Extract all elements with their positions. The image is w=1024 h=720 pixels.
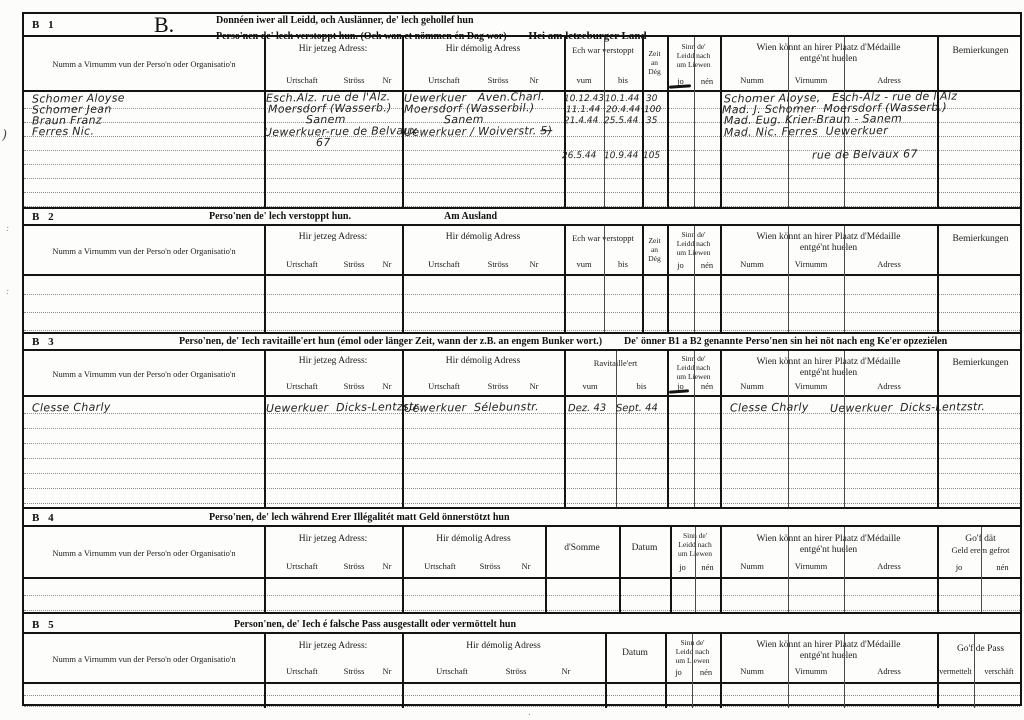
section-b2: B 2 Perso'nen de' lech verstoppt hun. Am… <box>24 207 1020 332</box>
section-title-2: Am Ausland <box>444 211 497 222</box>
column-divider <box>788 226 789 332</box>
sub-vum: vum <box>564 381 616 391</box>
col-name-label: Numm a Virnumm vun der Perso'n oder Orga… <box>24 654 264 664</box>
column-divider <box>402 37 404 207</box>
dotted-row <box>24 414 1020 429</box>
section-b4: B 4 Perso'nen, de' lech während Erer Ill… <box>24 507 1020 612</box>
sub-numm: Numm <box>724 381 780 391</box>
col-wien-label: entgé'nt huelen <box>720 368 937 378</box>
sub-adress: Adress <box>854 561 924 571</box>
section-b2-header: Numm a Virnumm vun der Perso'n oder Orga… <box>24 226 1020 276</box>
column-divider <box>788 634 789 708</box>
sub-nen: nén <box>694 260 720 270</box>
margin-speck: . <box>528 708 531 718</box>
col-wien-label: Wien könnt an hirer Plaatz d'Médaille <box>720 640 937 650</box>
col-wien-label: entgé'nt huelen <box>720 54 937 64</box>
section-id: B 3 <box>32 336 57 348</box>
col-verstoppt-label: Ech war verstoppt <box>564 45 642 55</box>
hw-crossed-out: 5) <box>540 124 552 137</box>
sub-urtschaft: Urtschaft <box>416 75 472 85</box>
column-divider <box>844 351 845 507</box>
column-divider <box>402 634 404 708</box>
column-divider <box>642 226 644 332</box>
dotted-row <box>24 459 1020 474</box>
column-divider <box>694 226 695 332</box>
sub-stross: Ströss <box>476 75 520 85</box>
column-divider <box>692 634 693 708</box>
dotted-row <box>24 313 1020 331</box>
hw-vum: 26.5.44 <box>562 151 596 161</box>
column-divider <box>844 527 845 612</box>
column-divider <box>974 634 975 708</box>
sub-nr: Nr <box>514 561 538 571</box>
section-b3-titlebar: B 3 Perso'nen, de' Iech ravitaille'ert h… <box>24 332 1020 351</box>
hw-jetzeg-number: 67 <box>316 136 331 149</box>
section-b5-header: Numm a Virnumm vun der Perso'n oder Orga… <box>24 634 1020 684</box>
section-title: Perso'nen, de' lech während Erer Illégal… <box>209 512 510 523</box>
column-divider <box>844 634 845 708</box>
section-b3-body: Numm a Virnumm vun der Perso'n oder Orga… <box>24 351 1020 507</box>
col-jetzeg-label: Hir jetzeg Adress: <box>264 232 402 242</box>
column-divider <box>720 634 722 708</box>
sub-urtschaft: Urtschaft <box>274 561 330 571</box>
col-zeit-label: an <box>642 245 667 254</box>
column-divider <box>605 634 607 708</box>
dotted-row <box>24 596 1020 611</box>
col-wien-label: Wien könnt an hirer Plaatz d'Médaille <box>720 232 937 242</box>
sub-nr: Nr <box>522 381 546 391</box>
dotted-row <box>24 579 1020 596</box>
col-name-label: Numm a Virnumm vun der Perso'n oder Orga… <box>24 548 264 558</box>
pen-underline-jo <box>669 389 689 393</box>
sub-urtschaft: Urtschaft <box>274 259 330 269</box>
section-b5-rows <box>24 684 1020 708</box>
sub-nr: Nr <box>522 259 546 269</box>
sub-vum: vum <box>564 75 604 85</box>
column-divider <box>788 351 789 507</box>
sub-urtschaft: Urtschaft <box>274 666 330 676</box>
dotted-row <box>24 429 1020 444</box>
sub-bis: bis <box>604 259 642 269</box>
hw-bis: 10.1.44 <box>605 94 639 104</box>
hw-demolig: Uewerkuer Sélebunstr. <box>404 400 539 415</box>
hw-vum: 21.4.44 <box>564 116 598 126</box>
sub-virnumm: Virnumm <box>782 561 840 571</box>
col-dsomme-label: d'Somme <box>545 543 619 553</box>
section-title-line1: Donnéen iwer all Leidd, och Auslänner, d… <box>216 15 647 26</box>
sub-urtschaft: Urtschaft <box>416 259 472 269</box>
col-bemierkungen-label: Bemierkungen <box>937 46 1024 56</box>
form-table: B 1 B. Donnéen iwer all Leidd, och Auslä… <box>22 12 1022 706</box>
sub-stross: Ströss <box>476 259 520 269</box>
column-divider <box>402 527 404 612</box>
column-divider <box>694 37 695 207</box>
column-divider <box>981 527 982 612</box>
sub-stross: Ströss <box>332 561 376 571</box>
column-divider <box>720 527 722 612</box>
hw-name: Ferres Nic. <box>32 125 94 139</box>
column-divider <box>402 351 404 507</box>
section-b3-header: Numm a Virnumm vun der Perso'n oder Orga… <box>24 351 1020 397</box>
dotted-row <box>24 295 1020 313</box>
col-wien-label: entgé'nt huelen <box>720 651 937 661</box>
sub-nen: nén <box>694 76 720 86</box>
sub-nr: Nr <box>522 75 546 85</box>
hw-zeit: 100 <box>644 105 661 115</box>
sub-virnumm: Virnumm <box>782 666 840 676</box>
column-divider <box>937 634 939 708</box>
sub-nen: nén <box>692 667 720 677</box>
sub-jo: jo <box>937 562 981 572</box>
column-divider <box>667 351 669 507</box>
section-b5-titlebar: B 5 Person'nen, de' Iech é falsche Pass … <box>24 612 1020 634</box>
dotted-row <box>24 489 1020 504</box>
column-divider <box>788 527 789 612</box>
hw-jetzeg: Uewerkuer Dicks-Lentzstr. <box>266 400 421 415</box>
col-jetzeg-label: Hir jetzeg Adress: <box>264 44 402 54</box>
column-divider <box>720 37 722 207</box>
col-jetzeg-label: Hir jetzeg Adress: <box>264 534 402 544</box>
section-b4-header: Numm a Virnumm vun der Perso'n oder Orga… <box>24 527 1020 579</box>
col-zeit-label: Zeit <box>642 236 667 245</box>
sub-jo: jo <box>670 562 695 572</box>
sub-verschaft: verschäft <box>974 667 1024 676</box>
sub-nr: Nr <box>554 666 578 676</box>
col-demolig-label: Hir démolig Adress <box>402 641 605 651</box>
sub-urtschaft: Urtschaft <box>274 75 330 85</box>
column-divider <box>695 527 696 612</box>
hw-bis: 10.9.44 <box>604 151 638 161</box>
sub-urtschaft: Urtschaft <box>412 561 468 571</box>
scanned-form-sheet: ) : : . B 1 B. Donnéen iwer all Leidd, o… <box>0 0 1024 720</box>
hw-zeit: 105 <box>643 151 660 161</box>
column-divider <box>937 527 939 612</box>
section-b5-body: Numm a Virnumm vun der Perso'n oder Orga… <box>24 634 1020 708</box>
column-divider <box>264 37 266 207</box>
col-demolig-label: Hir démolig Adress <box>402 232 564 242</box>
section-b2-titlebar: B 2 Perso'nen de' lech verstoppt hun. Am… <box>24 207 1020 226</box>
sub-virnumm: Virnumm <box>782 75 840 85</box>
sub-stross: Ströss <box>476 381 520 391</box>
col-gof-pass-label: Go'f de Pass <box>937 644 1024 654</box>
sub-virnumm: Virnumm <box>782 381 840 391</box>
sub-virnumm: Virnumm <box>782 259 840 269</box>
dotted-row <box>24 444 1020 459</box>
section-id: B 4 <box>32 512 57 524</box>
sub-stross: Ströss <box>494 666 538 676</box>
sub-numm: Numm <box>724 561 780 571</box>
column-divider <box>264 226 266 332</box>
col-jetzeg-label: Hir jetzeg Adress: <box>264 356 402 366</box>
section-b4-rows <box>24 579 1020 612</box>
col-zeit-label: Zeit <box>642 49 667 58</box>
sub-bis: bis <box>616 381 667 391</box>
col-bemierkungen-label: Bemierkungen <box>937 358 1024 368</box>
hw-bis: 20.4.44 <box>606 105 640 115</box>
sub-adress: Adress <box>854 381 924 391</box>
column-divider <box>844 226 845 332</box>
col-zeit-label: an <box>642 58 667 67</box>
column-divider <box>667 37 669 207</box>
col-bemierkungen-label: Bemierkungen <box>937 234 1024 244</box>
hw-wien-numm: Clesse Charly <box>730 401 809 415</box>
section-b1-titlebar: B 1 B. Donnéen iwer all Leidd, och Auslä… <box>24 14 1020 37</box>
col-zeit-label: Dég <box>642 67 667 76</box>
sub-urtschaft: Urtschaft <box>416 381 472 391</box>
column-divider <box>564 226 566 332</box>
column-divider <box>937 351 939 507</box>
section-b3: B 3 Perso'nen, de' Iech ravitaille'ert h… <box>24 332 1020 507</box>
hw-wien: rue de Belvaux 67 <box>812 147 918 161</box>
col-verstoppt-label: Ech war verstoppt <box>564 233 642 243</box>
dotted-row <box>24 193 1020 207</box>
sub-nr: Nr <box>376 561 398 571</box>
col-name-label: Numm a Virnumm vun der Perso'n oder Orga… <box>24 59 264 69</box>
hw-jetzeg: Uewerkuer-rue de Belvaux <box>264 124 418 139</box>
col-wien-label: Wien könnt an hirer Plaatz d'Médaille <box>720 43 937 53</box>
sub-nen: nén <box>981 562 1024 572</box>
margin-speck: : <box>6 224 9 234</box>
col-demolig-label: Hir démolig Adress <box>402 44 564 54</box>
section-title: Person'nen, de' Iech é falsche Pass ausg… <box>234 619 516 630</box>
sub-numm: Numm <box>724 666 780 676</box>
section-id: B 2 <box>32 211 57 223</box>
sub-stross: Ströss <box>332 381 376 391</box>
sub-urtschaft: Urtschaft <box>274 381 330 391</box>
sub-nen: nén <box>695 562 720 572</box>
column-divider <box>670 527 672 612</box>
dotted-row <box>24 684 1020 696</box>
dotted-row <box>24 474 1020 489</box>
hw-zeit: 35 <box>646 116 658 126</box>
hw-bis: 25.5.44 <box>604 116 638 126</box>
column-divider <box>545 527 547 612</box>
section-title-2: De' önner B1 a B2 genannte Perso'nen sin… <box>624 336 947 347</box>
section-b1: B 1 B. Donnéen iwer all Leidd, och Auslä… <box>24 14 1020 207</box>
section-b4-titlebar: B 4 Perso'nen, de' lech während Erer Ill… <box>24 507 1020 527</box>
sub-stross: Ströss <box>332 259 376 269</box>
sub-stross: Ströss <box>332 75 376 85</box>
col-datum-label: Datum <box>605 648 665 658</box>
column-divider <box>694 351 695 507</box>
col-jetzeg-label: Hir jetzeg Adress: <box>264 641 402 651</box>
col-wien-label: Wien könnt an hirer Plaatz d'Médaille <box>720 357 937 367</box>
column-divider <box>264 527 266 612</box>
column-divider <box>619 527 621 612</box>
sub-nen: nén <box>694 381 720 391</box>
column-divider <box>665 634 667 708</box>
col-name-label: Numm a Virnumm vun der Perso'n oder Orga… <box>24 246 264 256</box>
col-wien-label: Wien könnt an hirer Plaatz d'Médaille <box>720 534 937 544</box>
margin-speck: : <box>6 287 9 297</box>
sub-nr: Nr <box>376 381 398 391</box>
column-divider <box>720 351 722 507</box>
sub-adress: Adress <box>854 666 924 676</box>
sub-numm: Numm <box>724 259 780 269</box>
column-divider <box>642 37 644 207</box>
column-divider <box>616 351 617 507</box>
sub-nr: Nr <box>376 259 398 269</box>
sub-stross: Ströss <box>332 666 376 676</box>
hw-demolig: Uewerkuer / Woiverstr. 5) <box>404 124 552 139</box>
section-b2-body: Numm a Virnumm vun der Perso'n oder Orga… <box>24 226 1020 332</box>
column-divider <box>937 226 939 332</box>
sub-vermettelt: vermettelt <box>937 667 974 676</box>
section-b1-header: Numm a Virnumm vun der Perso'n oder Orga… <box>24 37 1020 92</box>
sub-vum: vum <box>564 259 604 269</box>
dotted-row <box>24 276 1020 295</box>
hw-zeit: 30 <box>646 94 658 104</box>
column-divider <box>402 226 404 332</box>
column-divider <box>264 634 266 708</box>
col-wien-label: entgé'nt huelen <box>720 243 937 253</box>
hw-wien-adress: Uewerkuer Dicks-Lentzstr. <box>830 400 985 415</box>
hw-vum: 11.1.44 <box>566 105 600 115</box>
sub-jo: jo <box>665 667 692 677</box>
col-demolig-label: Hir démolig Adress <box>402 356 564 366</box>
sub-stross: Ströss <box>468 561 512 571</box>
sub-nr: Nr <box>376 75 398 85</box>
sub-urtschaft: Urtschaft <box>424 666 480 676</box>
big-letter-b: B. <box>154 12 174 38</box>
section-id: B 5 <box>32 619 57 631</box>
sub-jo: jo <box>667 260 694 270</box>
section-title: Perso'nen de' lech verstoppt hun. <box>209 211 351 222</box>
column-divider <box>264 351 266 507</box>
column-divider <box>720 226 722 332</box>
section-b1-body: Numm a Virnumm vun der Perso'n oder Orga… <box>24 37 1020 207</box>
dotted-row <box>24 179 1020 193</box>
sub-nr: Nr <box>376 666 398 676</box>
section-b5: B 5 Person'nen, de' Iech é falsche Pass … <box>24 612 1020 708</box>
hw-vum: Dez. 43 <box>568 403 606 414</box>
sub-bis: bis <box>604 75 642 85</box>
section-title: Perso'nen, de' Iech ravitaille'ert hun (… <box>179 336 602 347</box>
col-wien-label: entgé'nt huelen <box>720 545 937 555</box>
col-zeit-label: Dég <box>642 254 667 263</box>
dotted-row <box>24 165 1020 179</box>
sub-numm: Numm <box>724 75 780 85</box>
hw-bis: Sept. 44 <box>616 403 658 415</box>
column-divider <box>604 226 605 332</box>
col-name-label: Numm a Virnumm vun der Perso'n oder Orga… <box>24 369 264 379</box>
column-divider <box>937 37 939 207</box>
column-divider <box>667 226 669 332</box>
hw-wien: Mad. Nic. Ferres Uewerkuer <box>724 124 888 139</box>
section-id: B 1 <box>32 19 57 31</box>
sub-adress: Adress <box>854 259 924 269</box>
section-b2-rows <box>24 276 1020 332</box>
col-datum-label: Datum <box>619 543 670 553</box>
hw-vum: 10.12.43 <box>564 94 604 104</box>
sub-adress: Adress <box>854 75 924 85</box>
column-divider <box>564 351 566 507</box>
margin-pen-mark: ) <box>2 128 7 143</box>
section-b4-body: Numm a Virnumm vun der Perso'n oder Orga… <box>24 527 1020 612</box>
pen-underline-jo <box>669 84 691 89</box>
col-demolig-label: Hir démolig Adress <box>402 534 545 544</box>
dotted-row <box>24 696 1020 707</box>
hw-name: Clesse Charly <box>32 401 111 415</box>
